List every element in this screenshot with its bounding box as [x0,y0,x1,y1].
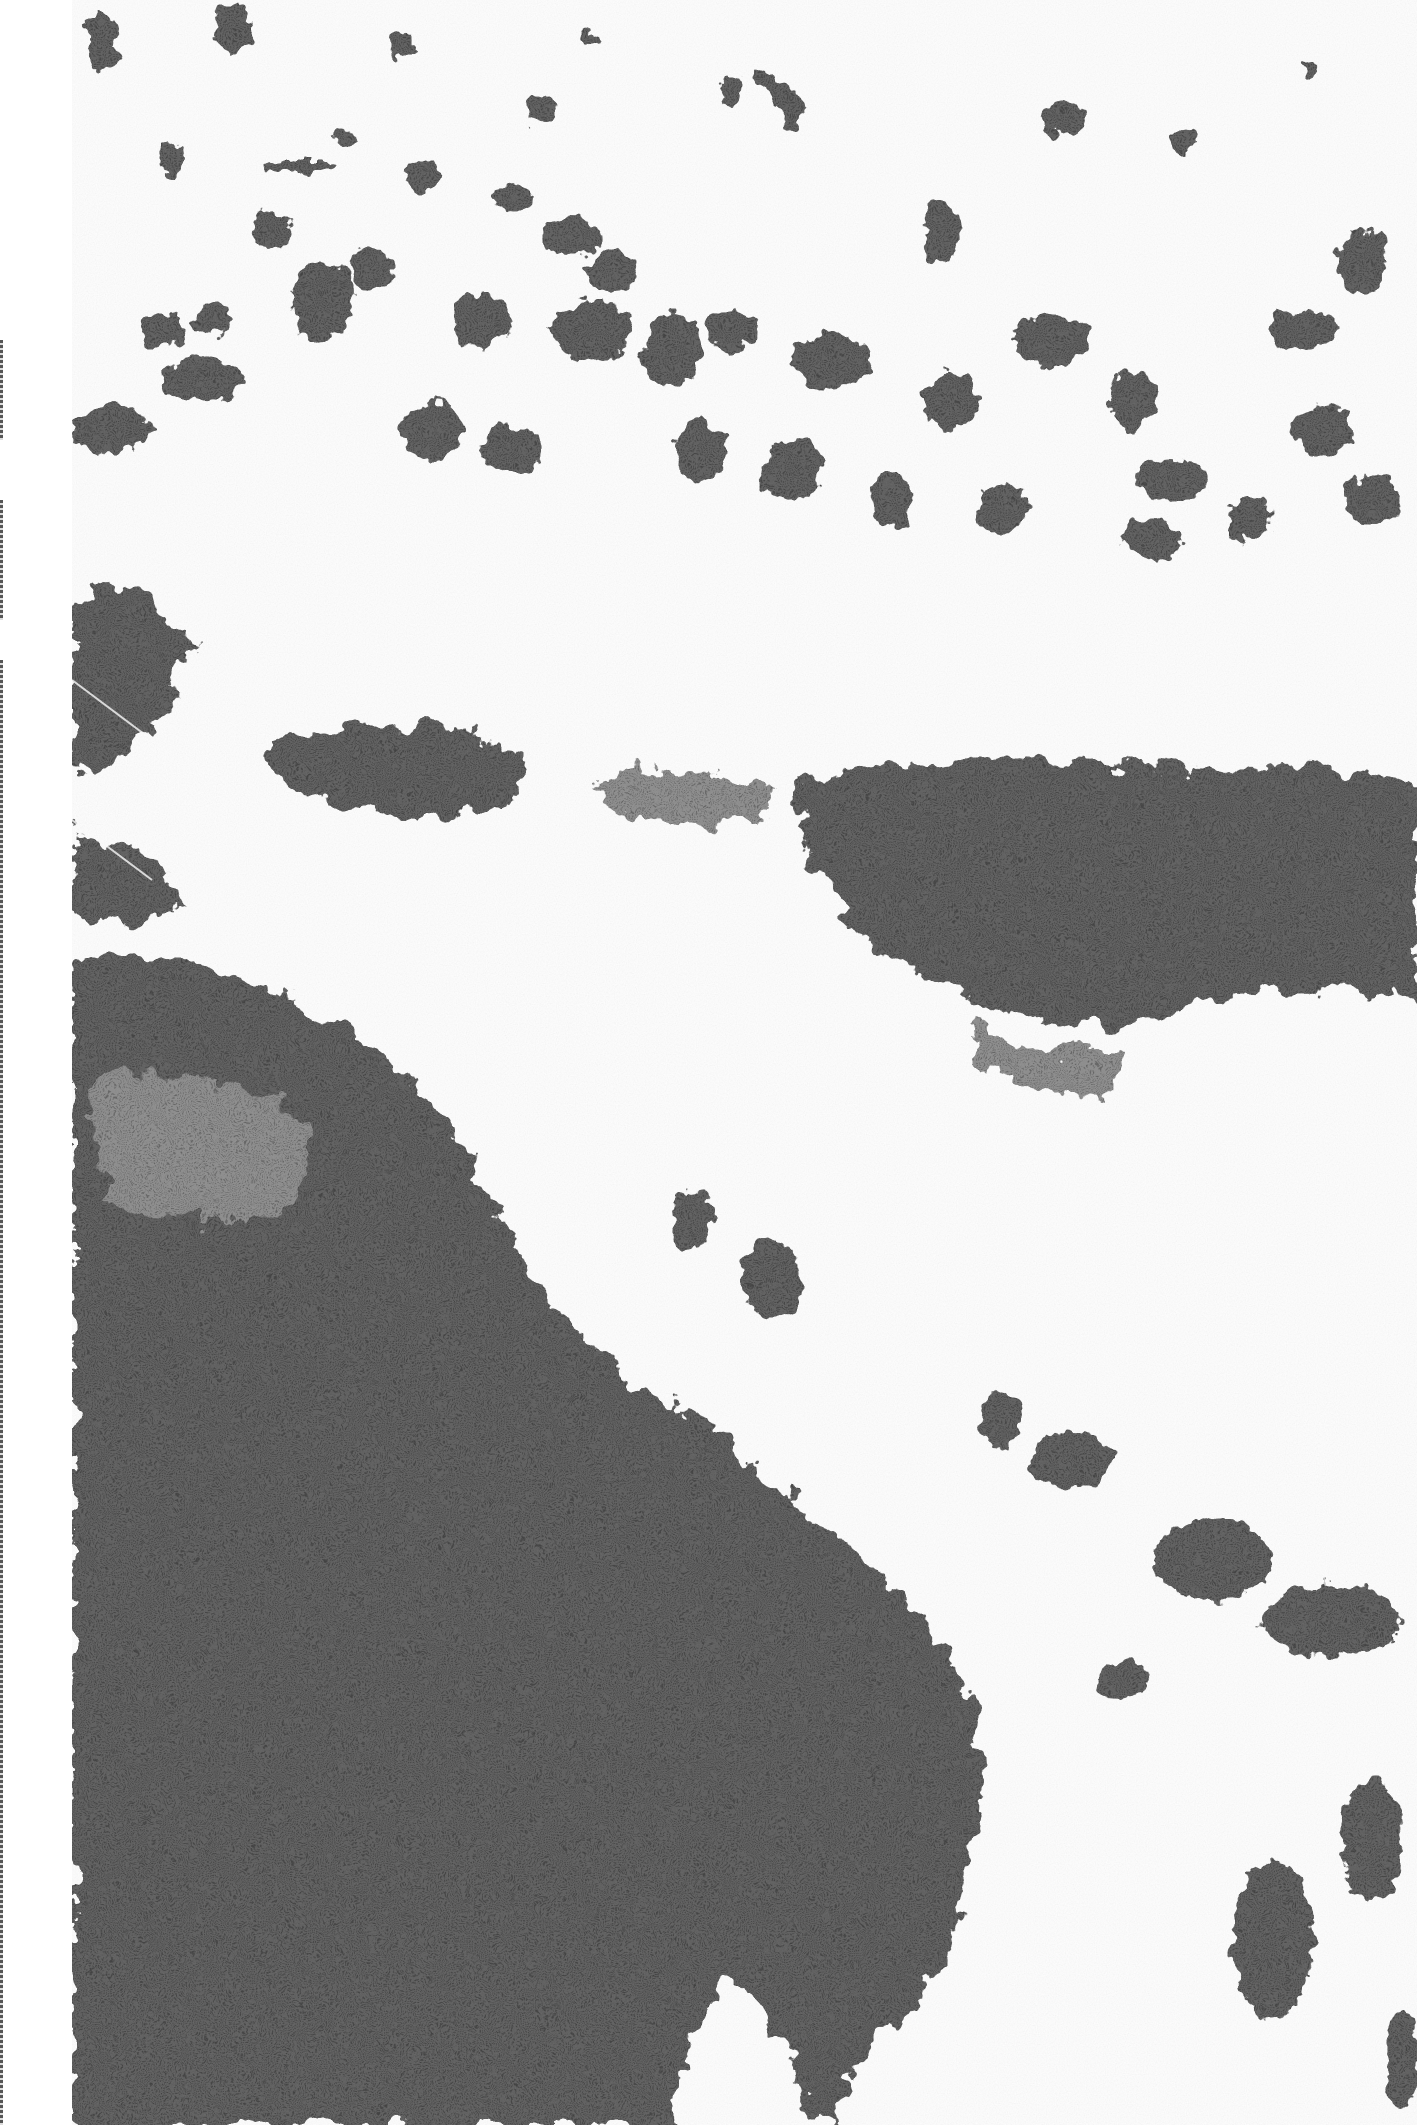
aerial-photograph [72,0,1417,2125]
page-edge-strip [0,0,3,2125]
